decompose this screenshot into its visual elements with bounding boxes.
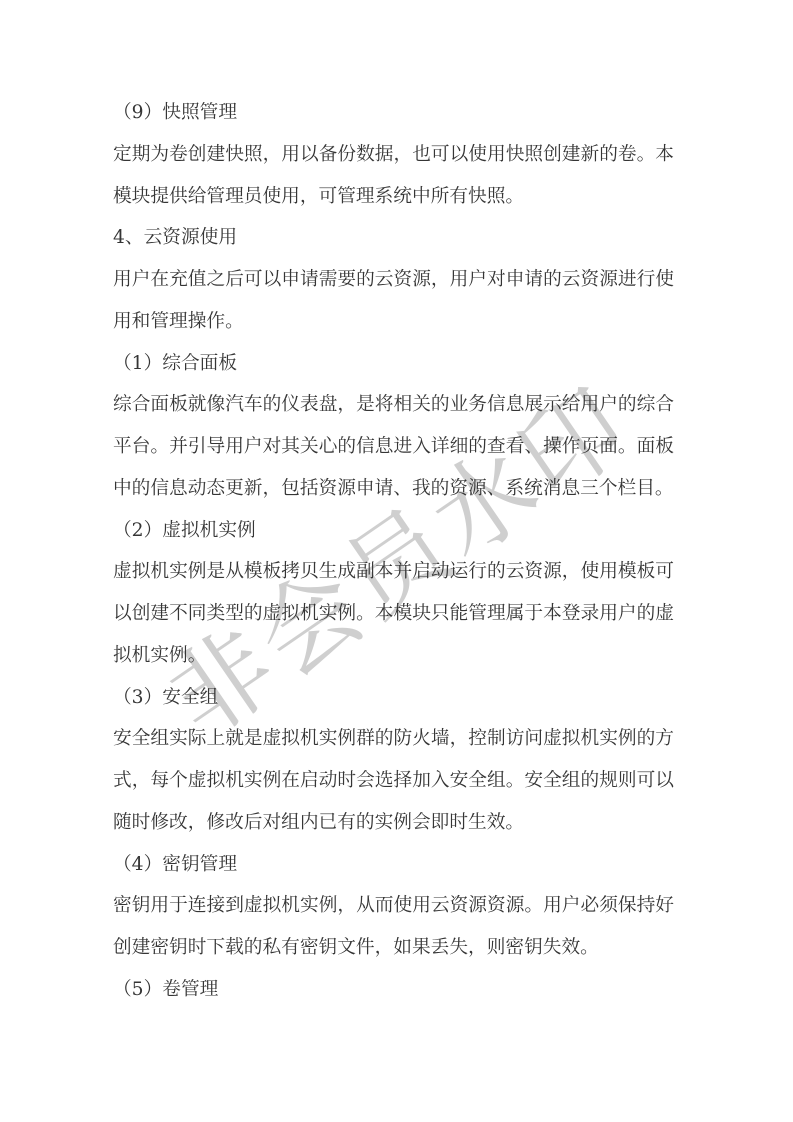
heading-line: （9）快照管理 [113,92,674,134]
section-heading: （1）综合面板 [113,343,674,385]
text-line: 虚拟机实例是从模板拷贝生成副本并启动运行的云资源，使用模板可 [113,551,674,593]
section-heading: （9）快照管理 [113,92,674,134]
paragraph: 用户在充值之后可以申请需要的云资源，用户对申请的云资源进行使用和管理操作。 [113,259,674,343]
text-line: 平台。并引导用户对其关心的信息进入详细的查看、操作页面。面板 [113,426,674,468]
document-content: （9）快照管理定期为卷创建快照，用以备份数据，也可以使用快照创建新的卷。本模块提… [113,92,674,1011]
text-line: 创建密钥时下载的私有密钥文件，如果丢失，则密钥失效。 [113,927,674,969]
paragraph: 安全组实际上就是虚拟机实例群的防火墙，控制访问虚拟机实例的方式，每个虚拟机实例在… [113,718,674,843]
paragraph: 虚拟机实例是从模板拷贝生成副本并启动运行的云资源，使用模板可以创建不同类型的虚拟… [113,551,674,676]
section-heading: （3）安全组 [113,677,674,719]
heading-line: 4、云资源使用 [113,217,674,259]
section-heading: 4、云资源使用 [113,217,674,259]
heading-line: （3）安全组 [113,677,674,719]
document-page: 非会员水印 （9）快照管理定期为卷创建快照，用以备份数据，也可以使用快照创建新的… [0,0,793,1122]
paragraph: 密钥用于连接到虚拟机实例，从而使用云资源资源。用户必须保持好创建密钥时下载的私有… [113,885,674,969]
heading-line: （5）卷管理 [113,969,674,1011]
text-line: 中的信息动态更新，包括资源申请、我的资源、系统消息三个栏目。 [113,468,674,510]
text-line: 式，每个虚拟机实例在启动时会选择加入安全组。安全组的规则可以 [113,760,674,802]
text-line: 以创建不同类型的虚拟机实例。本模块只能管理属于本登录用户的虚 [113,593,674,635]
section-heading: （4）密钥管理 [113,844,674,886]
section-heading: （5）卷管理 [113,969,674,1011]
text-line: 安全组实际上就是虚拟机实例群的防火墙，控制访问虚拟机实例的方 [113,718,674,760]
text-line: 用户在充值之后可以申请需要的云资源，用户对申请的云资源进行使 [113,259,674,301]
paragraph: 定期为卷创建快照，用以备份数据，也可以使用快照创建新的卷。本模块提供给管理员使用… [113,134,674,218]
text-line: 综合面板就像汽车的仪表盘，是将相关的业务信息展示给用户的综合 [113,384,674,426]
text-line: 用和管理操作。 [113,301,674,343]
section-heading: （2）虚拟机实例 [113,510,674,552]
heading-line: （2）虚拟机实例 [113,510,674,552]
text-line: 密钥用于连接到虚拟机实例，从而使用云资源资源。用户必须保持好 [113,885,674,927]
text-line: 随时修改，修改后对组内已有的实例会即时生效。 [113,802,674,844]
heading-line: （1）综合面板 [113,343,674,385]
heading-line: （4）密钥管理 [113,844,674,886]
text-line: 定期为卷创建快照，用以备份数据，也可以使用快照创建新的卷。本 [113,134,674,176]
text-line: 模块提供给管理员使用，可管理系统中所有快照。 [113,176,674,218]
paragraph: 综合面板就像汽车的仪表盘，是将相关的业务信息展示给用户的综合平台。并引导用户对其… [113,384,674,509]
text-line: 拟机实例。 [113,635,674,677]
